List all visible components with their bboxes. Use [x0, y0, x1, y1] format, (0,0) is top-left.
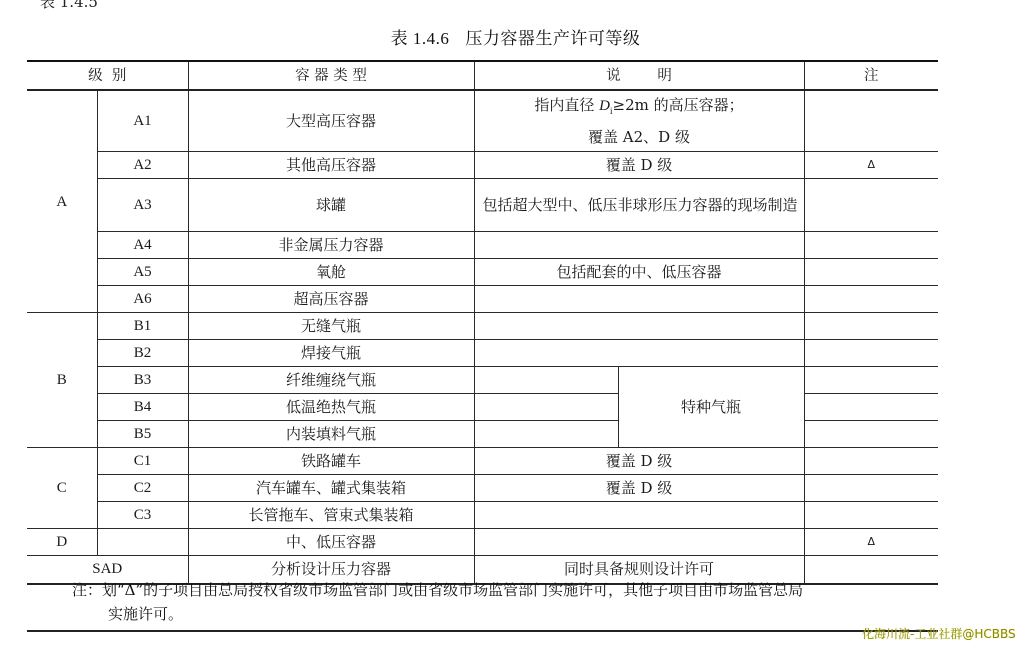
description-cell — [474, 313, 804, 340]
subgrade-cell: A4 — [97, 232, 188, 259]
type-cell: 超高压容器 — [188, 286, 474, 313]
description-cell: 覆盖 D 级 — [474, 448, 804, 475]
header-note: 注 — [804, 61, 938, 90]
special-cylinder-merged-cell: 特种气瓶 — [618, 367, 804, 448]
subgrade-cell — [97, 529, 188, 556]
watermark: 化海川流-工业社群@HCBBS — [862, 625, 1016, 642]
subgrade-cell: A5 — [97, 259, 188, 286]
type-cell: 汽车罐车、罐式集装箱 — [188, 475, 474, 502]
type-cell: 长管拖车、管束式集装箱 — [188, 502, 474, 529]
footnote-line-1: 注：划“Δ”的子项目由总局授权省级市场监管部门或由省级市场监管部门实施许可，其他… — [72, 581, 803, 599]
type-cell: 其他高压容器 — [188, 152, 474, 179]
subgrade-cell: B5 — [97, 421, 188, 448]
table-row: B3 纤维缠绕气瓶 特种气瓶 — [27, 367, 938, 394]
table-row: B B1 无缝气瓶 — [27, 313, 938, 340]
note-cell — [804, 286, 938, 313]
table-row: A5 氧舱 包括配套的中、低压容器 — [27, 259, 938, 286]
type-cell: 氧舱 — [188, 259, 474, 286]
footnote-line-2: 实施许可。 — [72, 602, 952, 626]
subgrade-cell: A2 — [97, 152, 188, 179]
subgrade-cell: A3 — [97, 179, 188, 232]
description-cell — [474, 529, 804, 556]
grade-cell: A — [27, 90, 97, 313]
description-cell — [474, 367, 618, 394]
type-cell: 低温绝热气瓶 — [188, 394, 474, 421]
note-cell — [804, 340, 938, 367]
note-cell — [804, 394, 938, 421]
note-cell — [804, 179, 938, 232]
grade-cell: B — [27, 313, 97, 448]
type-cell: 球罐 — [188, 179, 474, 232]
note-cell — [804, 232, 938, 259]
table-footnote: 注：划“Δ”的子项目由总局授权省级市场监管部门或由省级市场监管部门实施许可，其他… — [72, 578, 952, 626]
type-cell: 大型高压容器 — [188, 90, 474, 152]
grade-cell: C — [27, 448, 97, 529]
description-cell: 包括配套的中、低压容器 — [474, 259, 804, 286]
table-row: A3 球罐 包括超大型中、低压非球形压力容器的现场制造 — [27, 179, 938, 232]
table-title: 表 1.4.6压力容器生产许可等级 — [0, 24, 1031, 49]
type-cell: 内装填料气瓶 — [188, 421, 474, 448]
grade-cell: D — [27, 529, 97, 556]
note-cell — [804, 367, 938, 394]
table-number: 表 1.4.6 — [391, 29, 450, 48]
table-row: C C1 铁路罐车 覆盖 D 级 — [27, 448, 938, 475]
type-cell: 纤维缠绕气瓶 — [188, 367, 474, 394]
subgrade-cell: C1 — [97, 448, 188, 475]
license-grade-table: 级 别 容 器 类 型 说 明 注 A A1 大型高压容器 指内直径 Di≥2m… — [27, 60, 938, 585]
subgrade-cell: A1 — [97, 90, 188, 152]
subgrade-cell: B2 — [97, 340, 188, 367]
header-description: 说 明 — [474, 61, 804, 90]
description-cell: 指内直径 Di≥2m 的高压容器； 覆盖 A2、D 级 — [474, 90, 804, 152]
type-cell: 中、低压容器 — [188, 529, 474, 556]
note-cell — [804, 421, 938, 448]
note-cell — [804, 313, 938, 340]
table-row: D 中、低压容器 Δ — [27, 529, 938, 556]
description-cell — [474, 232, 804, 259]
note-cell — [804, 475, 938, 502]
subgrade-cell: B3 — [97, 367, 188, 394]
header-grade: 级 别 — [27, 61, 188, 90]
subgrade-cell: B4 — [97, 394, 188, 421]
subgrade-cell: C3 — [97, 502, 188, 529]
type-cell: 焊接气瓶 — [188, 340, 474, 367]
table-row: C3 长管拖车、管束式集装箱 — [27, 502, 938, 529]
note-cell: Δ — [804, 152, 938, 179]
description-cell — [474, 340, 804, 367]
table-row: C2 汽车罐车、罐式集装箱 覆盖 D 级 — [27, 475, 938, 502]
description-text: 指内直径 — [534, 96, 599, 114]
subgrade-cell: C2 — [97, 475, 188, 502]
table-row: A4 非金属压力容器 — [27, 232, 938, 259]
note-cell: Δ — [804, 529, 938, 556]
header-type: 容 器 类 型 — [188, 61, 474, 90]
description-cell — [474, 286, 804, 313]
type-cell: 铁路罐车 — [188, 448, 474, 475]
description-cell — [474, 421, 618, 448]
note-cell — [804, 259, 938, 286]
description-cell — [474, 502, 804, 529]
table-row: A6 超高压容器 — [27, 286, 938, 313]
cut-off-previous-text: 表 1.4.5 — [40, 0, 98, 12]
table-row: A A1 大型高压容器 指内直径 Di≥2m 的高压容器； 覆盖 A2、D 级 — [27, 90, 938, 152]
table-row: B2 焊接气瓶 — [27, 340, 938, 367]
description-cell — [474, 394, 618, 421]
type-cell: 非金属压力容器 — [188, 232, 474, 259]
description-cell: 包括超大型中、低压非球形压力容器的现场制造 — [474, 179, 804, 232]
description-cell: 覆盖 D 级 — [474, 152, 804, 179]
table-row: A2 其他高压容器 覆盖 D 级 Δ — [27, 152, 938, 179]
table-title-text: 压力容器生产许可等级 — [465, 29, 640, 49]
note-cell — [804, 90, 938, 152]
description-cell: 覆盖 D 级 — [474, 475, 804, 502]
bottom-rule-divider — [27, 630, 938, 632]
table-header-row: 级 别 容 器 类 型 说 明 注 — [27, 61, 938, 90]
description-text: ≥2m 的高压容器； — [613, 96, 744, 114]
diameter-variable: D — [599, 98, 610, 114]
note-cell — [804, 448, 938, 475]
note-cell — [804, 502, 938, 529]
subgrade-cell: A6 — [97, 286, 188, 313]
type-cell: 无缝气瓶 — [188, 313, 474, 340]
subgrade-cell: B1 — [97, 313, 188, 340]
description-text: 覆盖 A2、D 级 — [588, 128, 690, 146]
